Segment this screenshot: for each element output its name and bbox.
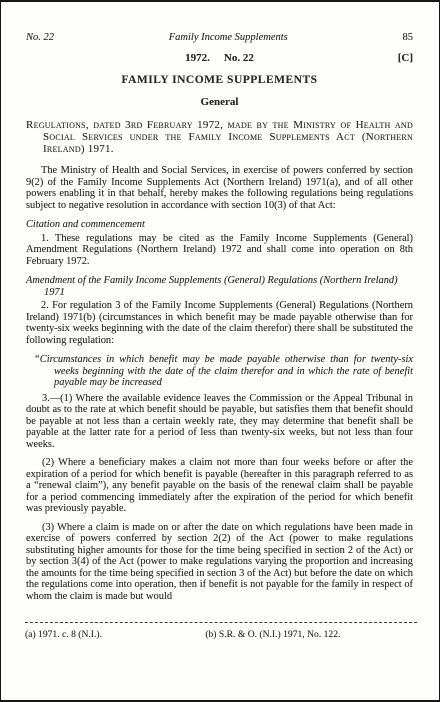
regulation-2-paragraph: 2. For regulation 3 of the Family Income… — [26, 300, 413, 346]
running-head-title: Family Income Supplements — [169, 32, 288, 43]
preamble-paragraph: Regulations, dated 3rd February 1972, ma… — [26, 119, 413, 155]
classification-mark: [C] — [398, 52, 413, 64]
footnote-rule — [25, 622, 417, 623]
running-head: No. 22 Family Income Supplements 85 — [26, 32, 413, 43]
quoted-paragraph-3-1: 3.—(1) Where the available evidence leav… — [26, 393, 413, 451]
document-title: FAMILY INCOME SUPPLEMENTS — [26, 74, 413, 86]
regulation-1-paragraph: 1. These regulations may be cited as the… — [26, 233, 413, 268]
footnote-row: (a) 1971. c. 8 (N.I.). (b) S.R. & O. (N.… — [25, 629, 417, 640]
intro-paragraph: The Ministry of Health and Social Servic… — [26, 165, 413, 211]
footnotes: (a) 1971. c. 8 (N.I.). (b) S.R. & O. (N.… — [25, 622, 417, 640]
running-head-page-number: 85 — [402, 32, 413, 43]
amendment-heading: Amendment of the Family Income Supplemen… — [26, 275, 413, 298]
footnote-a: (a) 1971. c. 8 (N.I.). — [25, 629, 205, 640]
issue-year-number: 1972.No. 22 — [185, 52, 254, 64]
quoted-paragraph-3-3: (3) Where a claim is made on or after th… — [26, 522, 413, 603]
footnote-b: (b) S.R. & O. (N.I.) 1971, No. 122. — [205, 629, 340, 640]
issue-year: 1972. — [185, 52, 210, 64]
document-subtitle: General — [26, 96, 413, 108]
issue-line: 1972.No. 22 [C] — [26, 52, 413, 64]
issue-number: No. 22 — [224, 52, 254, 64]
citation-heading: Citation and commencement — [26, 219, 413, 231]
running-head-number: No. 22 — [26, 32, 54, 43]
scanned-regulation-page: No. 22 Family Income Supplements 85 1972… — [0, 0, 440, 702]
quoted-regulation-heading: “Circumstances in which benefit may be m… — [26, 354, 413, 389]
quoted-paragraph-3-2: (2) Where a beneficiary makes a claim no… — [26, 457, 413, 515]
